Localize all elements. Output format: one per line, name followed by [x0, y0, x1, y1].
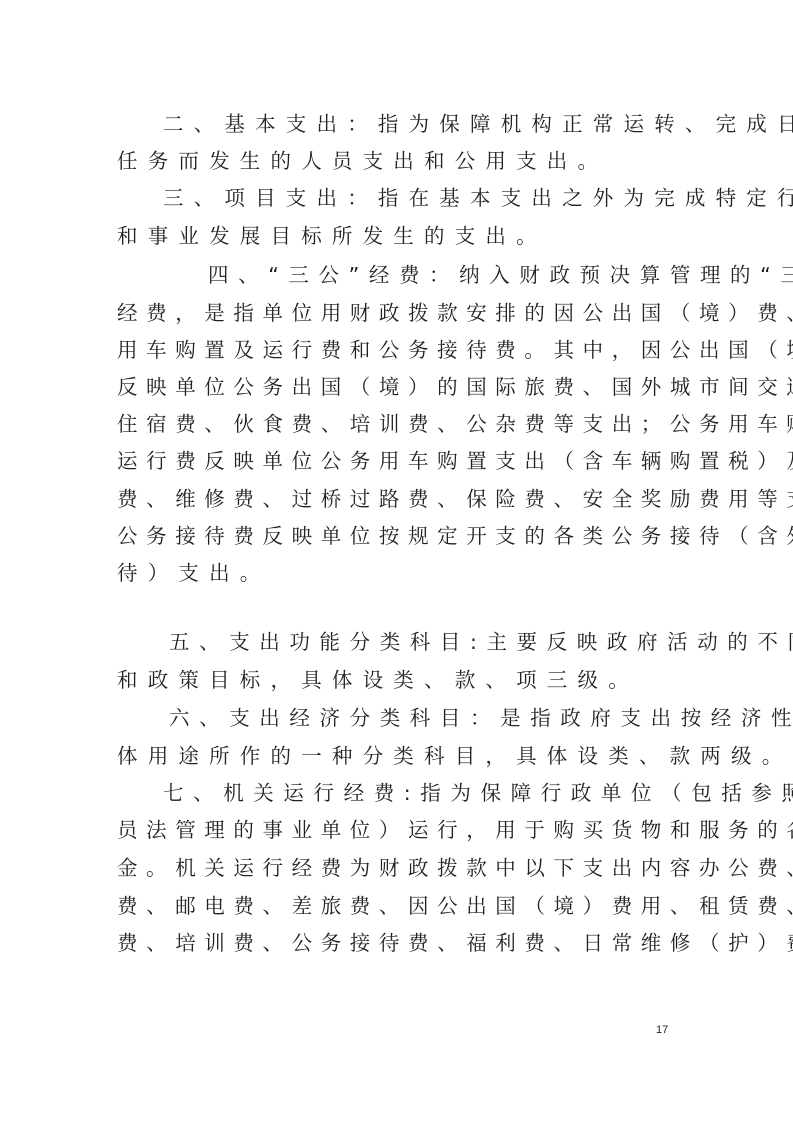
text-line: 金。机关运行经费为财政拨款中以下支出内容办公费、印刷 — [117, 853, 677, 883]
text-line: 运行费反映单位公务用车购置支出（含车辆购置税）及燃料 — [117, 446, 677, 476]
text-line: 和政策目标，具体设类、款、项三级。 — [117, 665, 677, 695]
text-line: 二、基本支出：指为保障机构正常运转、完成日常工作 — [163, 109, 723, 139]
text-line: 待）支出。 — [117, 558, 677, 588]
text-line: 反映单位公务出国（境）的国际旅费、国外城市间交通费、 — [117, 372, 677, 402]
text-line: 和事业发展目标所发生的支出。 — [117, 221, 677, 251]
document-page: 二、基本支出：指为保障机构正常运转、完成日常工作 任务而发生的人员支出和公用支出… — [0, 0, 793, 1122]
text-line: 四、“三公”经费：纳入财政预决算管理的“三公” — [208, 260, 768, 290]
text-line: 费、邮电费、差旅费、因公出国（境）费用、租赁费、会议 — [117, 891, 677, 921]
text-line: 任务而发生的人员支出和公用支出。 — [117, 146, 677, 176]
text-line: 费、培训费、公务接待费、福利费、日常维修（护）费、专 — [117, 928, 677, 958]
text-line: 费、维修费、过桥过路费、保险费、安全奖励费用等支出； — [117, 484, 677, 514]
page-number: 17 — [656, 1024, 668, 1036]
text-line: 七、机关运行经费:指为保障行政单位（包括参照公务 — [163, 778, 723, 808]
text-line: 员法管理的事业单位）运行，用于购买货物和服务的各项资 — [117, 815, 677, 845]
text-line: 住宿费、伙食费、培训费、公杂费等支出；公务用车购置及 — [117, 409, 677, 439]
text-line: 公务接待费反映单位按规定开支的各类公务接待（含外宾接 — [117, 521, 677, 551]
text-line: 用车购置及运行费和公务接待费。其中，因公出国（境）费 — [117, 335, 677, 365]
text-line: 体用途所作的一种分类科目，具体设类、款两级。 — [117, 741, 677, 771]
text-line: 五、支出功能分类科目:主要反映政府活动的不同功能 — [169, 627, 729, 657]
text-line: 六、支出经济分类科目：是指政府支出按经济性质和具 — [169, 703, 729, 733]
text-line: 经费，是指单位用财政拨款安排的因公出国（境）费、公务 — [117, 298, 677, 328]
text-line: 三、项目支出：指在基本支出之外为完成特定行政任务 — [163, 183, 723, 213]
